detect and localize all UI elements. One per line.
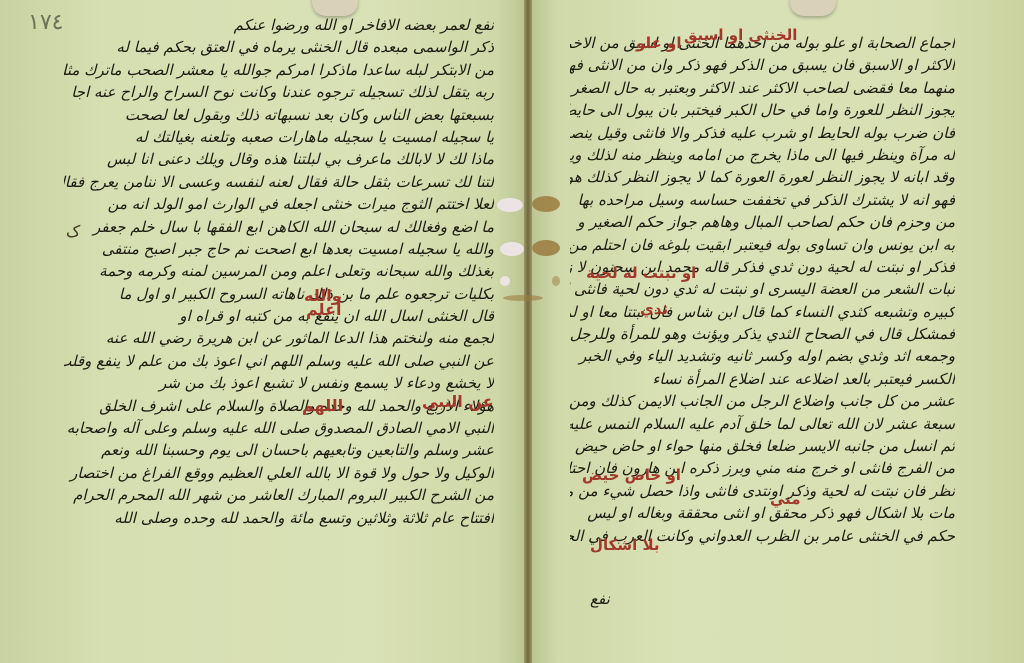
rubric-word: عن النبي	[422, 392, 494, 411]
worm-stain	[552, 276, 560, 286]
text-line: فمشكل قال في الصحاح الثدي يذكر ويؤنث وهو…	[570, 323, 955, 345]
text-line: عن النبي صلى الله عليه وسلم اللهم اني اع…	[64, 350, 494, 372]
worm-hole	[500, 242, 524, 256]
text-line: قال الخنثى اسال الله ان ينفع به من كتبه …	[64, 305, 494, 327]
text-line: لعلا اختتم الثوج ميرات خنثى اجعله في الو…	[64, 193, 494, 215]
text-line: لجمع منه ولنختم هذا الدعا الماثور عن ابن…	[64, 327, 494, 349]
text-line: سبعة عشر لان الله تعالى لما خلق آدم عليه…	[570, 413, 955, 435]
text-line: ما اضع وفغالك له سبحان الله الكاهن ابع ا…	[64, 216, 494, 238]
text-line: لتنا لك تسرعات بثقل حالة فقال لعنه لنفسه…	[64, 171, 494, 193]
text-line: عشر من كل جانب واضلاع الرجل من الجانب ال…	[570, 390, 955, 412]
text-line: بكليات ترجعوه علم ما بن ذلك ناهاته السرو…	[64, 283, 494, 305]
text-line: من وحزم فان حكم لصاحب المبال وهاهم جواز …	[570, 211, 955, 233]
text-line: وقد ابانه لا يجوز النظر لعورة العورة كما…	[570, 166, 955, 188]
rubric-word: اعلم	[306, 300, 342, 319]
text-line: ذكر الواسمى مبعده قال الخنثى يرماه في ال…	[64, 36, 494, 58]
rubric-word: بلا اشكال	[590, 536, 660, 554]
text-line: من الابتكر لبله ساعدا ماذكرا امركم جوالل…	[64, 59, 494, 81]
rubric-word: الخنثى او اسبق	[684, 26, 797, 44]
text-line: ماذا لك لا لابالك ماعرف بي لبلتنا هذه وق…	[64, 148, 494, 170]
text-line: الكسر فيعتبر بالعد اضلاعه عند اضلاع المر…	[570, 368, 955, 390]
rubric-word: او نبتت له لحية	[586, 264, 696, 282]
folio-number: ١٧٤	[28, 10, 63, 35]
text-line: وجمعه اثد وثدي بضم اوله وكسر ثانيه وتشدي…	[570, 345, 955, 367]
text-line: له مرآة وينظر فيها الى ماذا يخرج من امام…	[570, 144, 955, 166]
rubric-word: ثدي	[640, 300, 668, 318]
left-page-text: نفع لعمر بعضه الافاخر او الله ورضوا عنكم…	[64, 14, 494, 529]
text-line: من الشرح الكبير البروم المبارك العاشر من…	[64, 484, 494, 506]
rubric-word: مني	[770, 490, 801, 508]
rubric-word: او علو	[636, 34, 681, 52]
worm-stain	[532, 240, 560, 256]
text-line: يا سجيله امسيت يا سجيله ماهارات صعبه وتل…	[64, 126, 494, 148]
text-line: منهما معا فقضى لصاحب الاكثر عند الاكثر و…	[570, 77, 955, 99]
text-line: الاكثر او الاسبق فان يسبق من الذكر فهو ذ…	[570, 54, 955, 76]
rubric-word: اللهم	[302, 396, 343, 415]
margin-mark: ک	[66, 222, 80, 241]
rubric-word: او حاض حيض	[582, 466, 681, 484]
worm-hole	[497, 198, 523, 212]
worm-stain	[532, 196, 560, 212]
text-line: يجوز النظر للعورة واما في حال الكبر فيخت…	[570, 99, 955, 121]
holder-clip-right	[790, 0, 836, 16]
text-line: فان ضرب بوله الحايط او شرب عليه فذكر وال…	[570, 122, 955, 144]
text-line: النبي الامي الصادق المصدوق صلى الله عليه…	[64, 417, 494, 439]
text-line: كبيره وتشبعه كثدي النساء كما قال ابن شاس…	[570, 301, 955, 323]
text-line: مات بلا اشكال فهو ذكر محقق او انثى محققة…	[570, 502, 955, 524]
worm-hole	[500, 276, 510, 286]
text-line: بسبعتها بعض الناس وكان بعد نسبهاته ذلك و…	[64, 104, 494, 126]
text-line: ربه يتقل لذلك تسجيله ترجوه عندنا وكانت ن…	[64, 81, 494, 103]
catchword: نفع	[590, 590, 610, 608]
text-line: فهو انه لا يشترك الذكر في تخففت حساسه وس…	[570, 189, 955, 211]
text-line: الوكيل ولا حول ولا قوة الا بالله العلي ا…	[64, 462, 494, 484]
text-line: ثم انسل من جانبه الايسر ضلعا فخلق منها ح…	[570, 435, 955, 457]
text-line: عشر وسلم والتابعين وتابعيهم باحسان الى ي…	[64, 439, 494, 461]
text-line: به ابن يونس وان تساوى بوله فيعتبر ابقيت …	[570, 234, 955, 256]
text-line: نفع لعمر بعضه الافاخر او الله ورضوا عنكم	[64, 14, 494, 36]
manuscript-spread: ١٧٤ نفع لعمر بعضه الافاخر او الله ورضوا …	[0, 0, 1024, 663]
text-line: والله يا سجيله امسيت بعدها ابع اصحت نم ح…	[64, 238, 494, 260]
binding-gutter	[524, 0, 532, 663]
text-line: افتتاح عام ثلاثة وثلاثين وتسع مائة والحم…	[64, 507, 494, 529]
worm-stain	[503, 295, 543, 301]
text-line: بغذلك والله سبحانه وتعلى اعلم ومن المرسي…	[64, 260, 494, 282]
